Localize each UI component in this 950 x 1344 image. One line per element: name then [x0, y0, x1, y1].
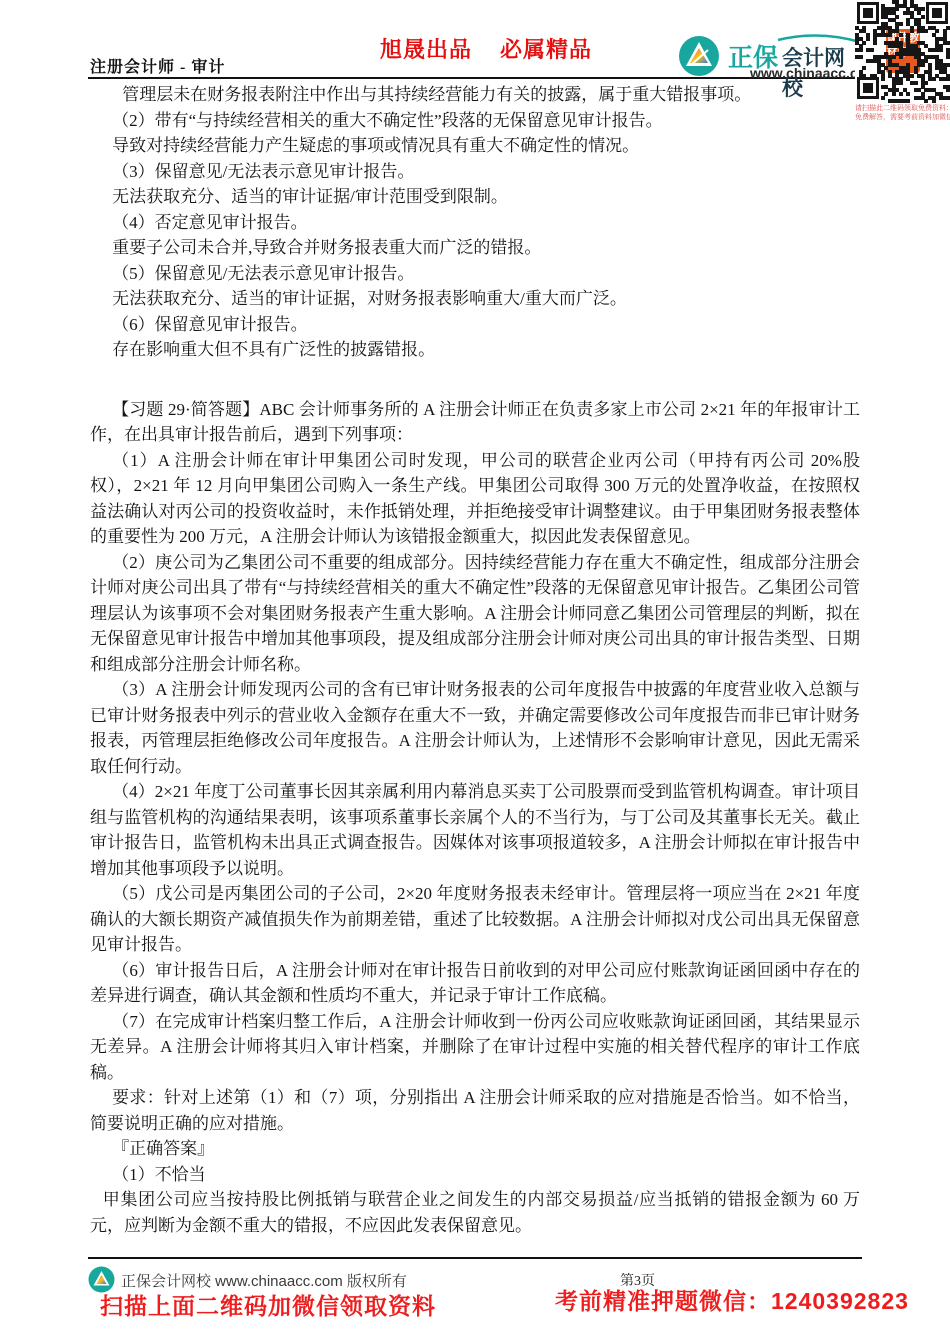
question-item-6: （6）审计报告日后，A 注册会计师对在审计报告日前收到的对甲公司应付账款询证函回…	[90, 958, 860, 1009]
question-item-5: （5）戊公司是丙集团公司的子公司，2×20 年度财务报表未经审计。管理层将一项应…	[90, 881, 860, 958]
question-requirement: 要求：针对上述第（1）和（7）项，分别指出 A 注册会计师采取的应对措施是否恰当…	[90, 1085, 860, 1136]
document-body: 管理层未在财务报表附注中作出与其持续经营能力有关的披露，属于重大错报事项。 （2…	[90, 82, 860, 1238]
footer-promo-left: 扫描上面二维码加微信领取资料	[100, 1288, 436, 1321]
analysis-line: （3）保留意见/无法表示意见审计报告。	[90, 159, 860, 185]
qr-note-line2: 免费解答，需要考前资料加微信：1240392823	[855, 113, 950, 122]
question-item-3: （3）A 注册会计师发现丙公司的含有已审计财务报表的公司年度报告中披露的年度营业…	[90, 677, 860, 779]
answer-item-1: （1）不恰当	[90, 1162, 860, 1188]
analysis-line: 无法获取充分、适当的审计证据/审计范围受到限制。	[90, 184, 860, 210]
footer-divider	[88, 1257, 862, 1259]
header-slogan-right: 必属精品	[500, 33, 592, 64]
brand-logo: 正保 会计网校 www.chinaacc.com	[678, 34, 863, 80]
answer-title: 『正确答案』	[90, 1136, 860, 1162]
qr-code: 课件教材专业	[855, 0, 950, 103]
qr-block: 课件教材专业 请扫描此二维码领取免费资料：1240392823 免费解答，需要考…	[855, 0, 950, 124]
question-item-2: （2）庚公司为乙集团公司不重要的组成部分。因持续经营能力存在重大不确定性，组成部…	[90, 550, 860, 678]
analysis-line: 无法获取充分、适当的审计证据，对财务报表影响重大/重大而广泛。	[90, 286, 860, 312]
qr-finder-icon	[926, 2, 948, 24]
qr-finder-icon	[857, 77, 879, 99]
question-intro: 【习题 29·简答题】ABC 会计师事务所的 A 注册会计师正在负责多家上市公司…	[90, 397, 860, 448]
answer-body: 甲集团公司应当按持股比例抵销与联营企业之间发生的内部交易损益/应当抵销的错报金额…	[90, 1187, 860, 1238]
qr-note-line1: 请扫描此二维码领取免费资料：1240392823	[855, 104, 950, 113]
analysis-line: 导致对持续经营能力产生疑虑的事项或情况具有重大不确定性的情况。	[90, 133, 860, 159]
analysis-line: 存在影响重大但不具有广泛性的披露错报。	[90, 337, 860, 363]
footer-promo-right: 考前精准押题微信：1240392823	[555, 1283, 909, 1316]
header-subject-label: 注册会计师 - 审计	[90, 54, 225, 77]
question-item-4: （4）2×21 年度丁公司董事长因其亲属利用内幕消息买卖丁公司股票而受到监管机构…	[90, 779, 860, 881]
analysis-line: 管理层未在财务报表附注中作出与其持续经营能力有关的披露，属于重大错报事项。	[90, 82, 860, 108]
qr-finder-icon	[857, 2, 879, 24]
analysis-line: （2）带有“与持续经营相关的重大不确定性”段落的无保留意见审计报告。	[90, 108, 860, 134]
analysis-line: （5）保留意见/无法表示意见审计报告。	[90, 261, 860, 287]
header-slogan-left: 旭晟出品	[380, 33, 472, 64]
question-item-7: （7）在完成审计档案归整工作后，A 注册会计师收到一份丙公司应收账款询证函回函，…	[90, 1009, 860, 1086]
document-page: 旭晟出品 必属精品 注册会计师 - 审计 正保 会计网校 www.chinaac…	[0, 0, 950, 1344]
analysis-line: 重要子公司未合并,导致合并财务报表重大而广泛的错报。	[90, 235, 860, 261]
analysis-line: （4）否定意见审计报告。	[90, 210, 860, 236]
question-item-1: （1）A 注册会计师在审计甲集团公司时发现，甲公司的联营企业丙公司（甲持有丙公司…	[90, 448, 860, 550]
analysis-line: （6）保留意见审计报告。	[90, 312, 860, 338]
